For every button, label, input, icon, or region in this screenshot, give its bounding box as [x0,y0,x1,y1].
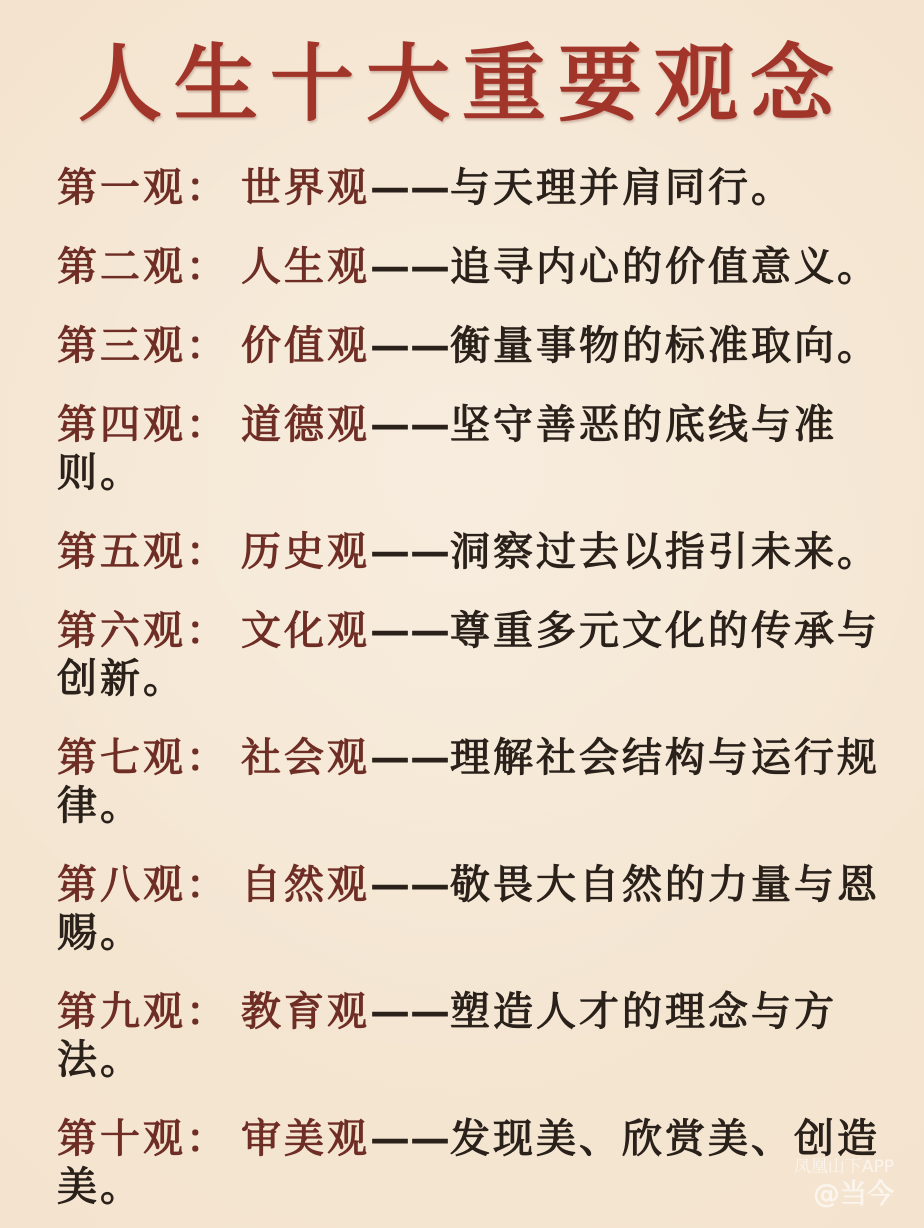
item-concept: 审美观 [241,1115,370,1162]
item-dash: —— [370,401,450,448]
item-desc: 坚守善恶的底线与准 [450,401,837,448]
concept-item: 第七观：社会观——理解社会结构与运行规律。 [57,734,874,830]
item-concept: 道德观 [241,401,370,448]
item-concept: 教育观 [241,988,370,1035]
item-desc: 理解社会结构与运行规 [450,734,880,781]
item-desc-continued: 创新。 [57,655,874,703]
watermark-app-name: 凤凰山下APP [794,1156,894,1178]
item-dash: —— [370,1115,450,1162]
item-desc-continued: 律。 [57,782,874,830]
item-desc: 衡量事物的标准取向。 [450,322,880,369]
item-dash: —— [370,322,450,369]
item-dash: —— [370,243,450,290]
item-desc: 尊重多元文化的传承与 [450,607,880,654]
item-desc: 发现美、欣赏美、创造 [450,1115,880,1162]
item-label: 第三观： [57,322,229,369]
concept-item: 第九观：教育观——塑造人才的理念与方法。 [57,988,874,1084]
item-label: 第七观： [57,734,229,781]
item-desc: 敬畏大自然的力量与恩 [450,861,880,908]
item-dash: —— [370,988,450,1035]
watermark-username: @当今 [794,1178,894,1212]
poster: 人生十大重要观念 第一观：世界观——与天理并肩同行。第二观：人生观——追寻内心的… [0,0,924,1228]
watermark: 凤凰山下APP @当今 [794,1156,894,1212]
item-dash: —— [370,164,450,211]
item-label: 第二观： [57,243,229,290]
item-concept: 社会观 [241,734,370,781]
item-label: 第四观： [57,401,229,448]
page-title: 人生十大重要观念 [50,28,874,140]
item-desc: 追寻内心的价值意义。 [450,243,880,290]
concept-item: 第一观：世界观——与天理并肩同行。 [57,164,874,212]
item-dash: —— [370,528,450,575]
item-desc-continued: 法。 [57,1036,874,1084]
item-concept: 世界观 [241,164,370,211]
item-desc: 与天理并肩同行。 [450,164,794,211]
item-label: 第十观： [57,1115,229,1162]
concept-list: 第一观：世界观——与天理并肩同行。第二观：人生观——追寻内心的价值意义。第三观：… [57,164,874,1211]
concept-item: 第五观：历史观——洞察过去以指引未来。 [57,528,874,576]
item-concept: 文化观 [241,607,370,654]
concept-item: 第十观：审美观——发现美、欣赏美、创造美。 [57,1115,874,1211]
item-label: 第九观： [57,988,229,1035]
item-desc-continued: 则。 [57,449,874,497]
item-dash: —— [370,861,450,908]
item-concept: 人生观 [241,243,370,290]
item-desc-continued: 美。 [57,1163,874,1211]
item-concept: 价值观 [241,322,370,369]
item-label: 第八观： [57,861,229,908]
concept-item: 第二观：人生观——追寻内心的价值意义。 [57,243,874,291]
item-label: 第一观： [57,164,229,211]
item-concept: 历史观 [241,528,370,575]
concept-item: 第三观：价值观——衡量事物的标准取向。 [57,322,874,370]
item-desc: 塑造人才的理念与方 [450,988,837,1035]
item-concept: 自然观 [241,861,370,908]
item-dash: —— [370,607,450,654]
item-label: 第五观： [57,528,229,575]
concept-item: 第六观：文化观——尊重多元文化的传承与创新。 [57,607,874,703]
item-dash: —— [370,734,450,781]
item-desc: 洞察过去以指引未来。 [450,528,880,575]
item-desc-continued: 赐。 [57,909,874,957]
concept-item: 第八观：自然观——敬畏大自然的力量与恩赐。 [57,861,874,957]
concept-item: 第四观：道德观——坚守善恶的底线与准则。 [57,401,874,497]
item-label: 第六观： [57,607,229,654]
